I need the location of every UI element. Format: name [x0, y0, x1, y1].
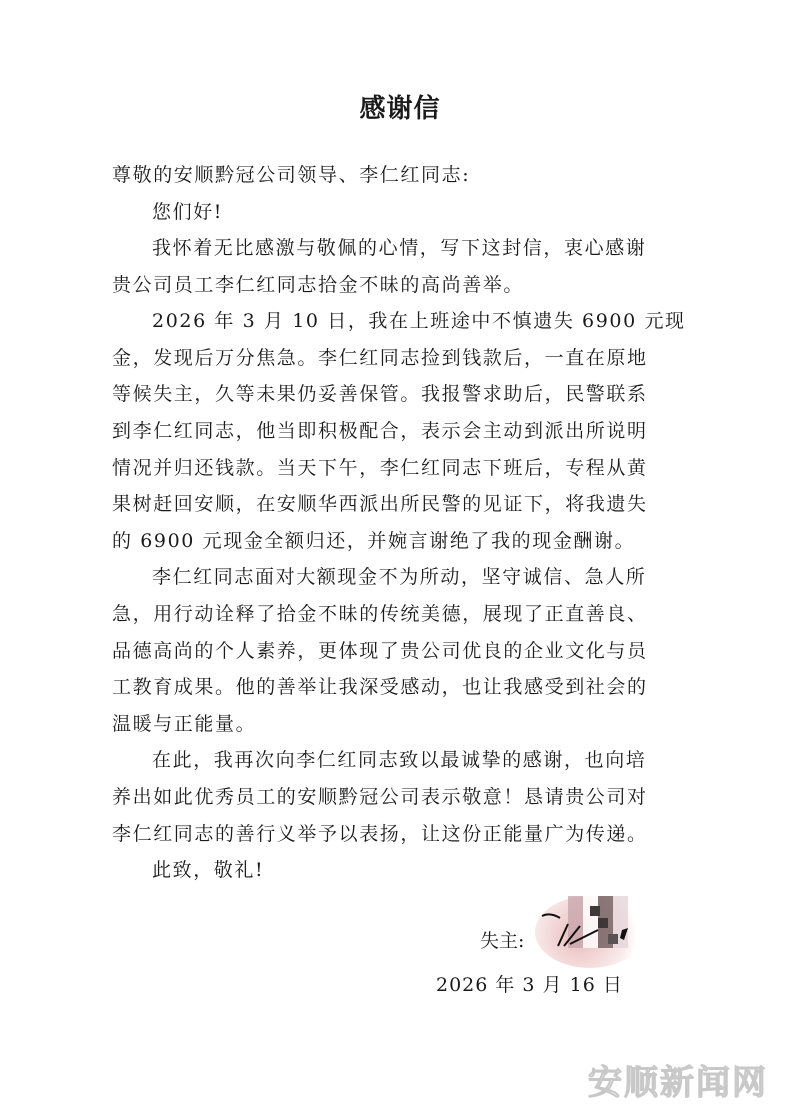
greeting: 您们好!	[152, 197, 223, 224]
letter-title: 感谢信	[0, 88, 800, 125]
body-line: 的 6900 元现金全额归还，并婉言谢绝了我的现金酬谢。	[112, 526, 635, 553]
signature-label: 失主:	[480, 926, 524, 953]
body-line: 李仁红同志面对大额现金不为所动，坚守诚信、急人所	[152, 562, 646, 589]
body-line: 我怀着无比感激与敬佩的心情，写下这封信，衷心感谢	[152, 233, 646, 260]
body-line: 到李仁红同志，他当即积极配合，表示会主动到派出所说明	[112, 416, 648, 443]
body-line: 品德高尚的个人素养，更体现了贵公司优良的企业文化与员	[112, 636, 648, 663]
body-line: 工教育成果。他的善举让我深受感动，也让我感受到社会的	[112, 672, 648, 699]
body-line: 温暖与正能量。	[112, 709, 256, 736]
body-line: 此致，敬礼!	[152, 855, 264, 882]
body-line: 果树赶回安顺，在安顺华西派出所民警的见证下，将我遗失	[112, 489, 648, 516]
body-line: 金，发现后万分焦急。李仁红同志捡到钱款后，一直在原地	[112, 343, 648, 370]
body-line: 情况并归还钱款。当天下午，李仁红同志下班后，专程从黄	[112, 453, 648, 480]
signature-icon	[540, 910, 630, 950]
body-line: 贵公司员工李仁红同志拾金不昧的高尚善举。	[112, 270, 524, 297]
body-line: 在此，我再次向李仁红同志致以最诚挚的感谢，也向培	[152, 745, 646, 772]
body-line: 养出如此优秀员工的安顺黔冠公司表示敬意！恳请贵公司对	[112, 782, 648, 809]
body-line: 李仁红同志的善行义举予以表扬，让这份正能量广为传递。	[112, 819, 648, 846]
watermark: 安顺新闻网	[588, 1055, 768, 1104]
body-line: 急，用行动诠释了拾金不昧的传统美德，展现了正直善良、	[112, 599, 648, 626]
body-line: 2026 年 3 月 10 日，我在上班途中不慎遗失 6900 元现	[152, 306, 686, 333]
salutation: 尊敬的安顺黔冠公司领导、李仁红同志:	[112, 160, 470, 187]
letter-date: 2026 年 3 月 16 日	[436, 970, 623, 997]
body-line: 等候失主，久等未果仍妥善保管。我报警求助后，民警联系	[112, 379, 648, 406]
